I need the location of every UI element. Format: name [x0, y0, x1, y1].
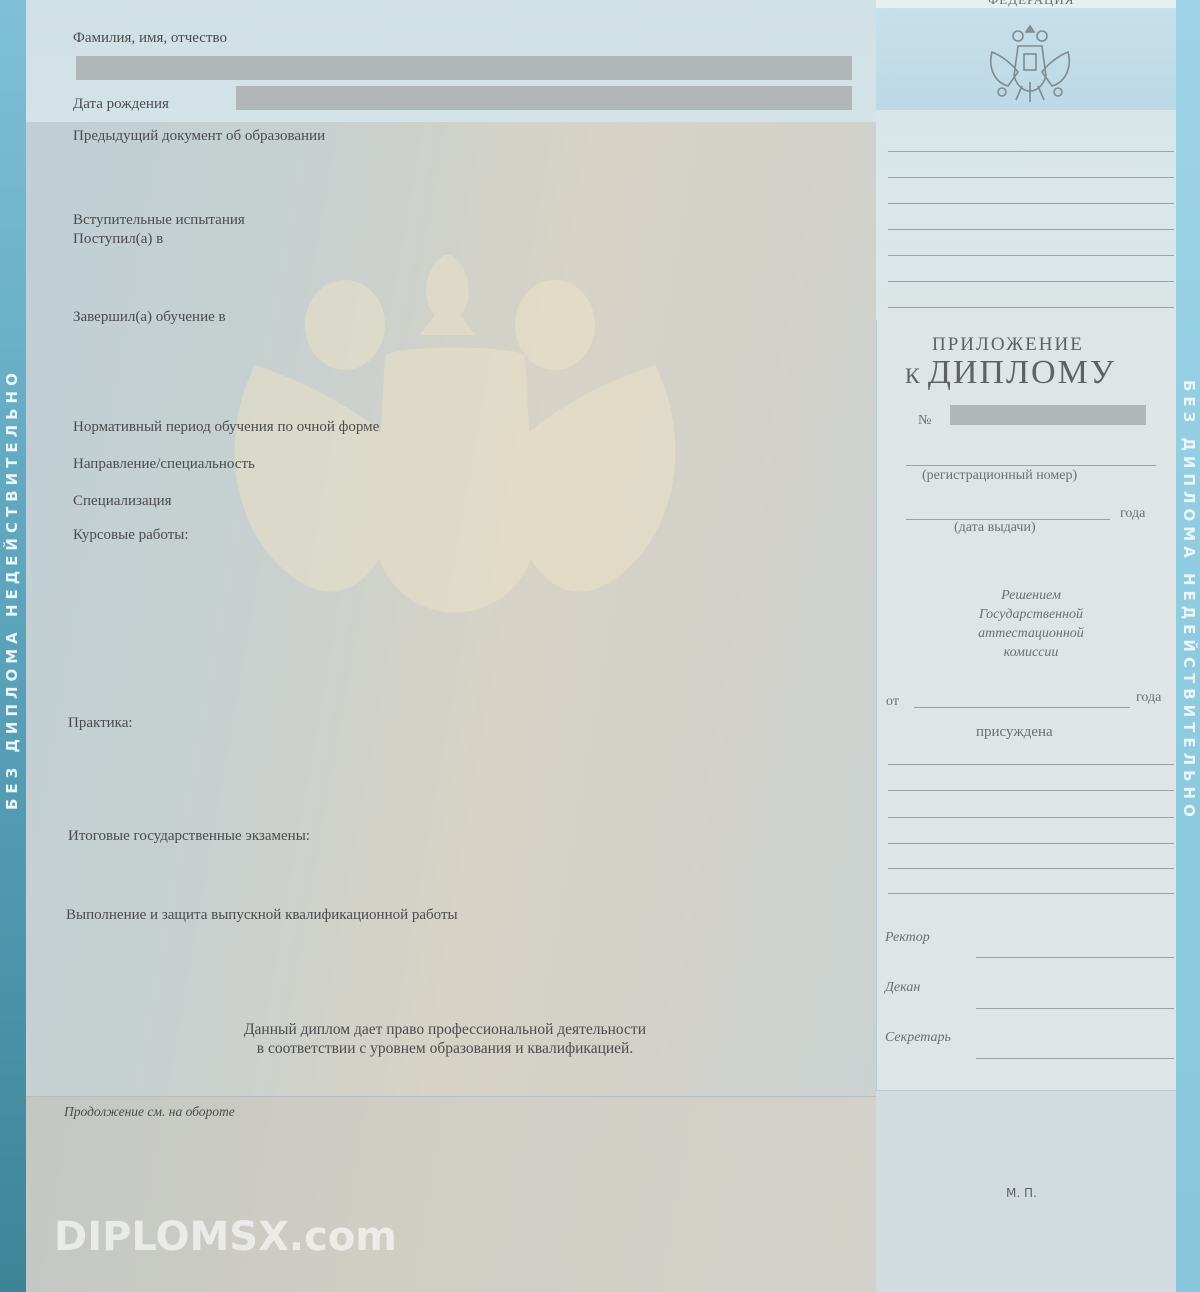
blank-line [888, 203, 1174, 204]
diploma-number-value [950, 405, 1146, 425]
title-line-1: ПРИЛОЖЕНИЕ [932, 334, 1084, 356]
left-border-text: БЕЗ ДИПЛОМА НЕДЕЙСТВИТЕЛЬНО [3, 368, 21, 810]
blank-line [888, 255, 1174, 256]
blank-line [888, 281, 1174, 282]
decision-year-suffix: года [1136, 690, 1161, 706]
statement-line-2: в соответствии с уровнем образования и к… [60, 1039, 830, 1058]
qualification-line [888, 893, 1174, 894]
header-fragment: ФЕДЕРАЦИЯ [988, 0, 1074, 8]
specialization-label: Специализация [73, 493, 172, 510]
dean-signature-line [976, 1008, 1174, 1009]
blank-line [888, 151, 1174, 152]
right-border-text: БЕЗ ДИПЛОМА НЕДЕЙСТВИТЕЛЬНО [1180, 380, 1198, 822]
secretary-label: Секретарь [885, 1030, 951, 1046]
blank-line [888, 229, 1174, 230]
commission-decision: Решением Государственной аттестационной … [936, 586, 1126, 662]
blank-line [888, 307, 1174, 308]
decision-date-line [914, 707, 1130, 708]
eagle-watermark-icon [195, 245, 715, 675]
decision-line-3: аттестационной [936, 624, 1126, 643]
normative-period-label: Нормативный период обучения по очной фор… [73, 419, 379, 436]
statement-line-1: Данный диплом дает право профессионально… [60, 1020, 830, 1039]
decision-line-4: комиссии [936, 643, 1126, 662]
title-diploma: ДИПЛОМУ [928, 354, 1116, 391]
completed-label: Завершил(а) обучение в [73, 309, 226, 326]
reg-number-line [906, 465, 1156, 466]
issue-year-suffix: года [1120, 506, 1145, 522]
thesis-label: Выполнение и защита выпускной квалификац… [66, 907, 458, 924]
rector-label: Ректор [885, 930, 930, 946]
qualification-line [888, 817, 1174, 818]
number-sign: № [918, 413, 931, 429]
full-name-label: Фамилия, имя, отчество [73, 30, 227, 47]
final-exams-label: Итоговые государственные экзамены: [68, 828, 310, 845]
enrolled-label: Поступил(а) в [73, 231, 163, 248]
qualification-line [888, 764, 1174, 765]
practice-label: Практика: [68, 715, 133, 732]
full-name-value [76, 56, 852, 80]
coat-of-arms-icon [982, 22, 1078, 106]
previous-document-label: Предыдущий документ об образовании [73, 128, 325, 145]
blank-line [888, 177, 1174, 178]
continuation-band [26, 1096, 876, 1292]
brand-watermark: DIPLOMSX.com [54, 1214, 397, 1260]
continuation-note: Продолжение см. на обороте [64, 1104, 235, 1120]
dean-label: Декан [885, 980, 920, 996]
title-line-2: КДИПЛОМУ [905, 354, 1116, 392]
entrance-exams-label: Вступительные испытания [73, 212, 245, 229]
decision-line-2: Государственной [936, 605, 1126, 624]
title-k: К [905, 363, 920, 388]
awarded-label: присуждена [976, 724, 1053, 741]
seal-label: М. П. [1006, 1186, 1037, 1200]
secretary-signature-line [976, 1058, 1174, 1059]
qualification-line [888, 790, 1174, 791]
coursework-label: Курсовые работы: [73, 527, 189, 544]
rights-statement: Данный диплом дает право профессионально… [60, 1020, 830, 1058]
right-panel-lines-area [876, 110, 1176, 320]
birth-date-label: Дата рождения [73, 96, 169, 113]
birth-date-value [236, 86, 852, 110]
issue-date-caption: (дата выдачи) [954, 520, 1036, 536]
qualification-line [888, 843, 1174, 844]
from-label: от [886, 694, 899, 710]
direction-specialty-label: Направление/специальность [73, 456, 255, 473]
rector-signature-line [976, 957, 1174, 958]
reg-number-caption: (регистрационный номер) [922, 468, 1077, 484]
decision-line-1: Решением [936, 586, 1126, 605]
qualification-line [888, 868, 1174, 869]
